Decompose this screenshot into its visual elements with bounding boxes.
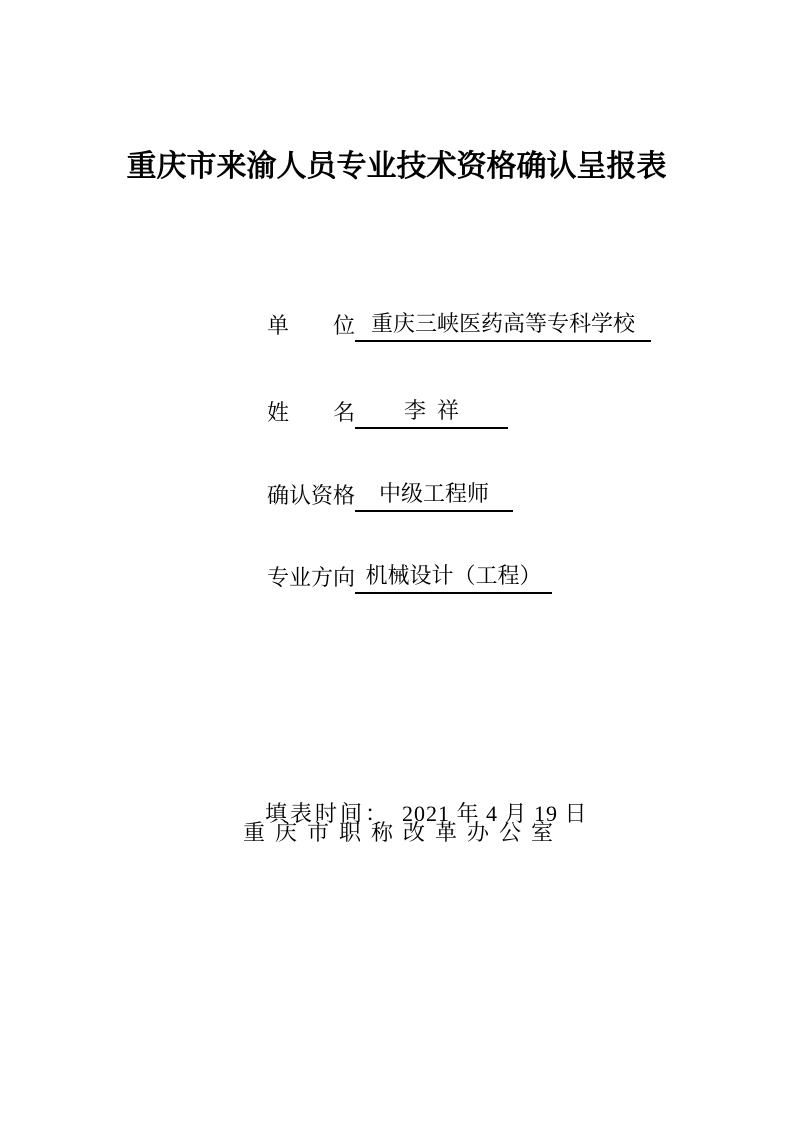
field-value-qualification: 中级工程师 (355, 478, 513, 512)
field-value-unit: 重庆三峡医药高等专科学校 (355, 308, 651, 342)
field-row-unit: 单位 重庆三峡医药高等专科学校 (267, 308, 651, 342)
field-label-qualification: 确认资格 (267, 480, 355, 512)
document-page: 重庆市来渝人员专业技术资格确认呈报表 单位 重庆三峡医药高等专科学校 姓名 李 … (0, 0, 793, 1122)
field-row-qualification: 确认资格 中级工程师 (267, 478, 513, 512)
page-title: 重庆市来渝人员专业技术资格确认呈报表 (0, 149, 793, 185)
field-label-unit: 单位 (267, 310, 355, 342)
field-row-major: 专业方向 机械设计（工程） (267, 560, 552, 594)
field-value-name: 李 祥 (355, 395, 508, 429)
field-value-major: 机械设计（工程） (355, 560, 552, 594)
footer-office-name: 重庆市职称改革办公室 (243, 819, 563, 847)
field-label-major: 专业方向 (267, 562, 355, 594)
field-label-name: 姓名 (267, 397, 355, 429)
field-row-name: 姓名 李 祥 (267, 395, 508, 429)
